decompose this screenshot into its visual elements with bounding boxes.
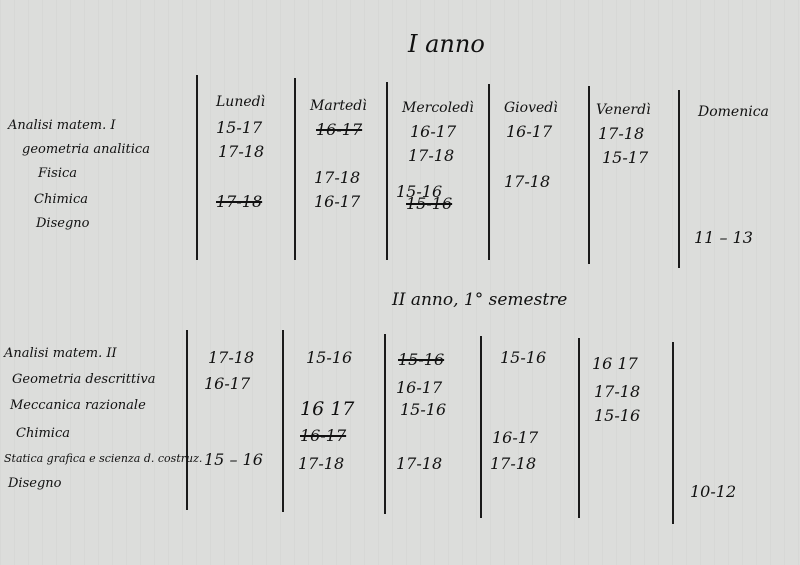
day-header-venerdi: Venerdì xyxy=(596,102,651,118)
subject-label: Geometria descrittiva xyxy=(12,372,155,387)
day-header-giovedi: Giovedì xyxy=(504,100,558,116)
time-entry: 17-18 xyxy=(594,382,640,401)
column-divider xyxy=(384,334,386,514)
time-entry: 16-17 xyxy=(506,122,552,141)
subject-label: Meccanica razionale xyxy=(10,398,146,413)
day-header-domenica: Domenica xyxy=(698,104,769,120)
time-entry: 15-16 xyxy=(500,348,546,367)
time-entry: 15-16 xyxy=(400,400,446,419)
time-entry: 15-16 xyxy=(594,406,640,425)
column-divider xyxy=(672,342,674,524)
subject-label: Statica grafica e scienza d. costruz. xyxy=(4,452,202,465)
subject-label: Disegno xyxy=(8,476,61,491)
year2-title: II anno, 1° semestre xyxy=(392,290,567,310)
time-entry: 16-17 xyxy=(204,374,250,393)
time-entry-struck: 16-17 xyxy=(300,426,346,445)
column-divider xyxy=(386,82,388,260)
column-divider xyxy=(488,84,490,260)
time-entry: 17-18 xyxy=(208,348,254,367)
time-entry: 17-18 xyxy=(314,168,360,187)
time-entry: 15-17 xyxy=(216,118,262,137)
subject-label: Analisi matem. II xyxy=(4,346,117,361)
time-entry: 17-18 xyxy=(298,454,344,473)
time-entry: 17-18 xyxy=(218,142,264,161)
time-entry: 17-18 xyxy=(408,146,454,165)
time-entry: 11 – 13 xyxy=(694,228,753,247)
column-divider xyxy=(196,75,198,260)
time-entry: 10-12 xyxy=(690,482,736,501)
subject-label: geometria analitica xyxy=(22,142,150,157)
time-entry: 15-16 xyxy=(306,348,352,367)
subject-label: Chimica xyxy=(16,426,70,441)
column-divider xyxy=(678,90,680,268)
subject-label: Fisica xyxy=(38,166,77,181)
column-divider xyxy=(588,86,590,264)
day-header-mercoledi: Mercoledì xyxy=(402,100,474,116)
time-entry: 17-18 xyxy=(598,124,644,143)
column-divider xyxy=(578,338,580,518)
day-header-lunedi: Lunedì xyxy=(216,94,265,110)
time-entry: 16-17 xyxy=(396,378,442,397)
time-entry: 16-17 xyxy=(314,192,360,211)
time-entry: 17-18 xyxy=(504,172,550,191)
column-divider xyxy=(186,330,188,510)
time-entry: 16 17 xyxy=(592,354,638,373)
time-entry: 16 17 xyxy=(300,398,354,420)
subject-label: Chimica xyxy=(34,192,88,207)
time-entry: 17-18 xyxy=(396,454,442,473)
day-header-martedi: Martedì xyxy=(310,98,367,114)
time-entry-struck: 15-16 xyxy=(406,194,452,213)
time-entry: 15 – 16 xyxy=(204,450,263,469)
column-divider xyxy=(480,336,482,518)
time-entry: 15-17 xyxy=(602,148,648,167)
subject-label: Analisi matem. I xyxy=(8,118,116,133)
time-entry-struck: 17-18 xyxy=(216,192,262,211)
time-entry: 17-18 xyxy=(490,454,536,473)
column-divider xyxy=(282,330,284,512)
column-divider xyxy=(294,78,296,260)
time-entry-struck: 16-17 xyxy=(316,120,362,139)
subject-label: Disegno xyxy=(36,216,89,231)
time-entry: 16-17 xyxy=(492,428,538,447)
time-entry: 16-17 xyxy=(410,122,456,141)
time-entry-struck: 15-16 xyxy=(398,350,444,369)
year1-title: I anno xyxy=(408,30,485,58)
